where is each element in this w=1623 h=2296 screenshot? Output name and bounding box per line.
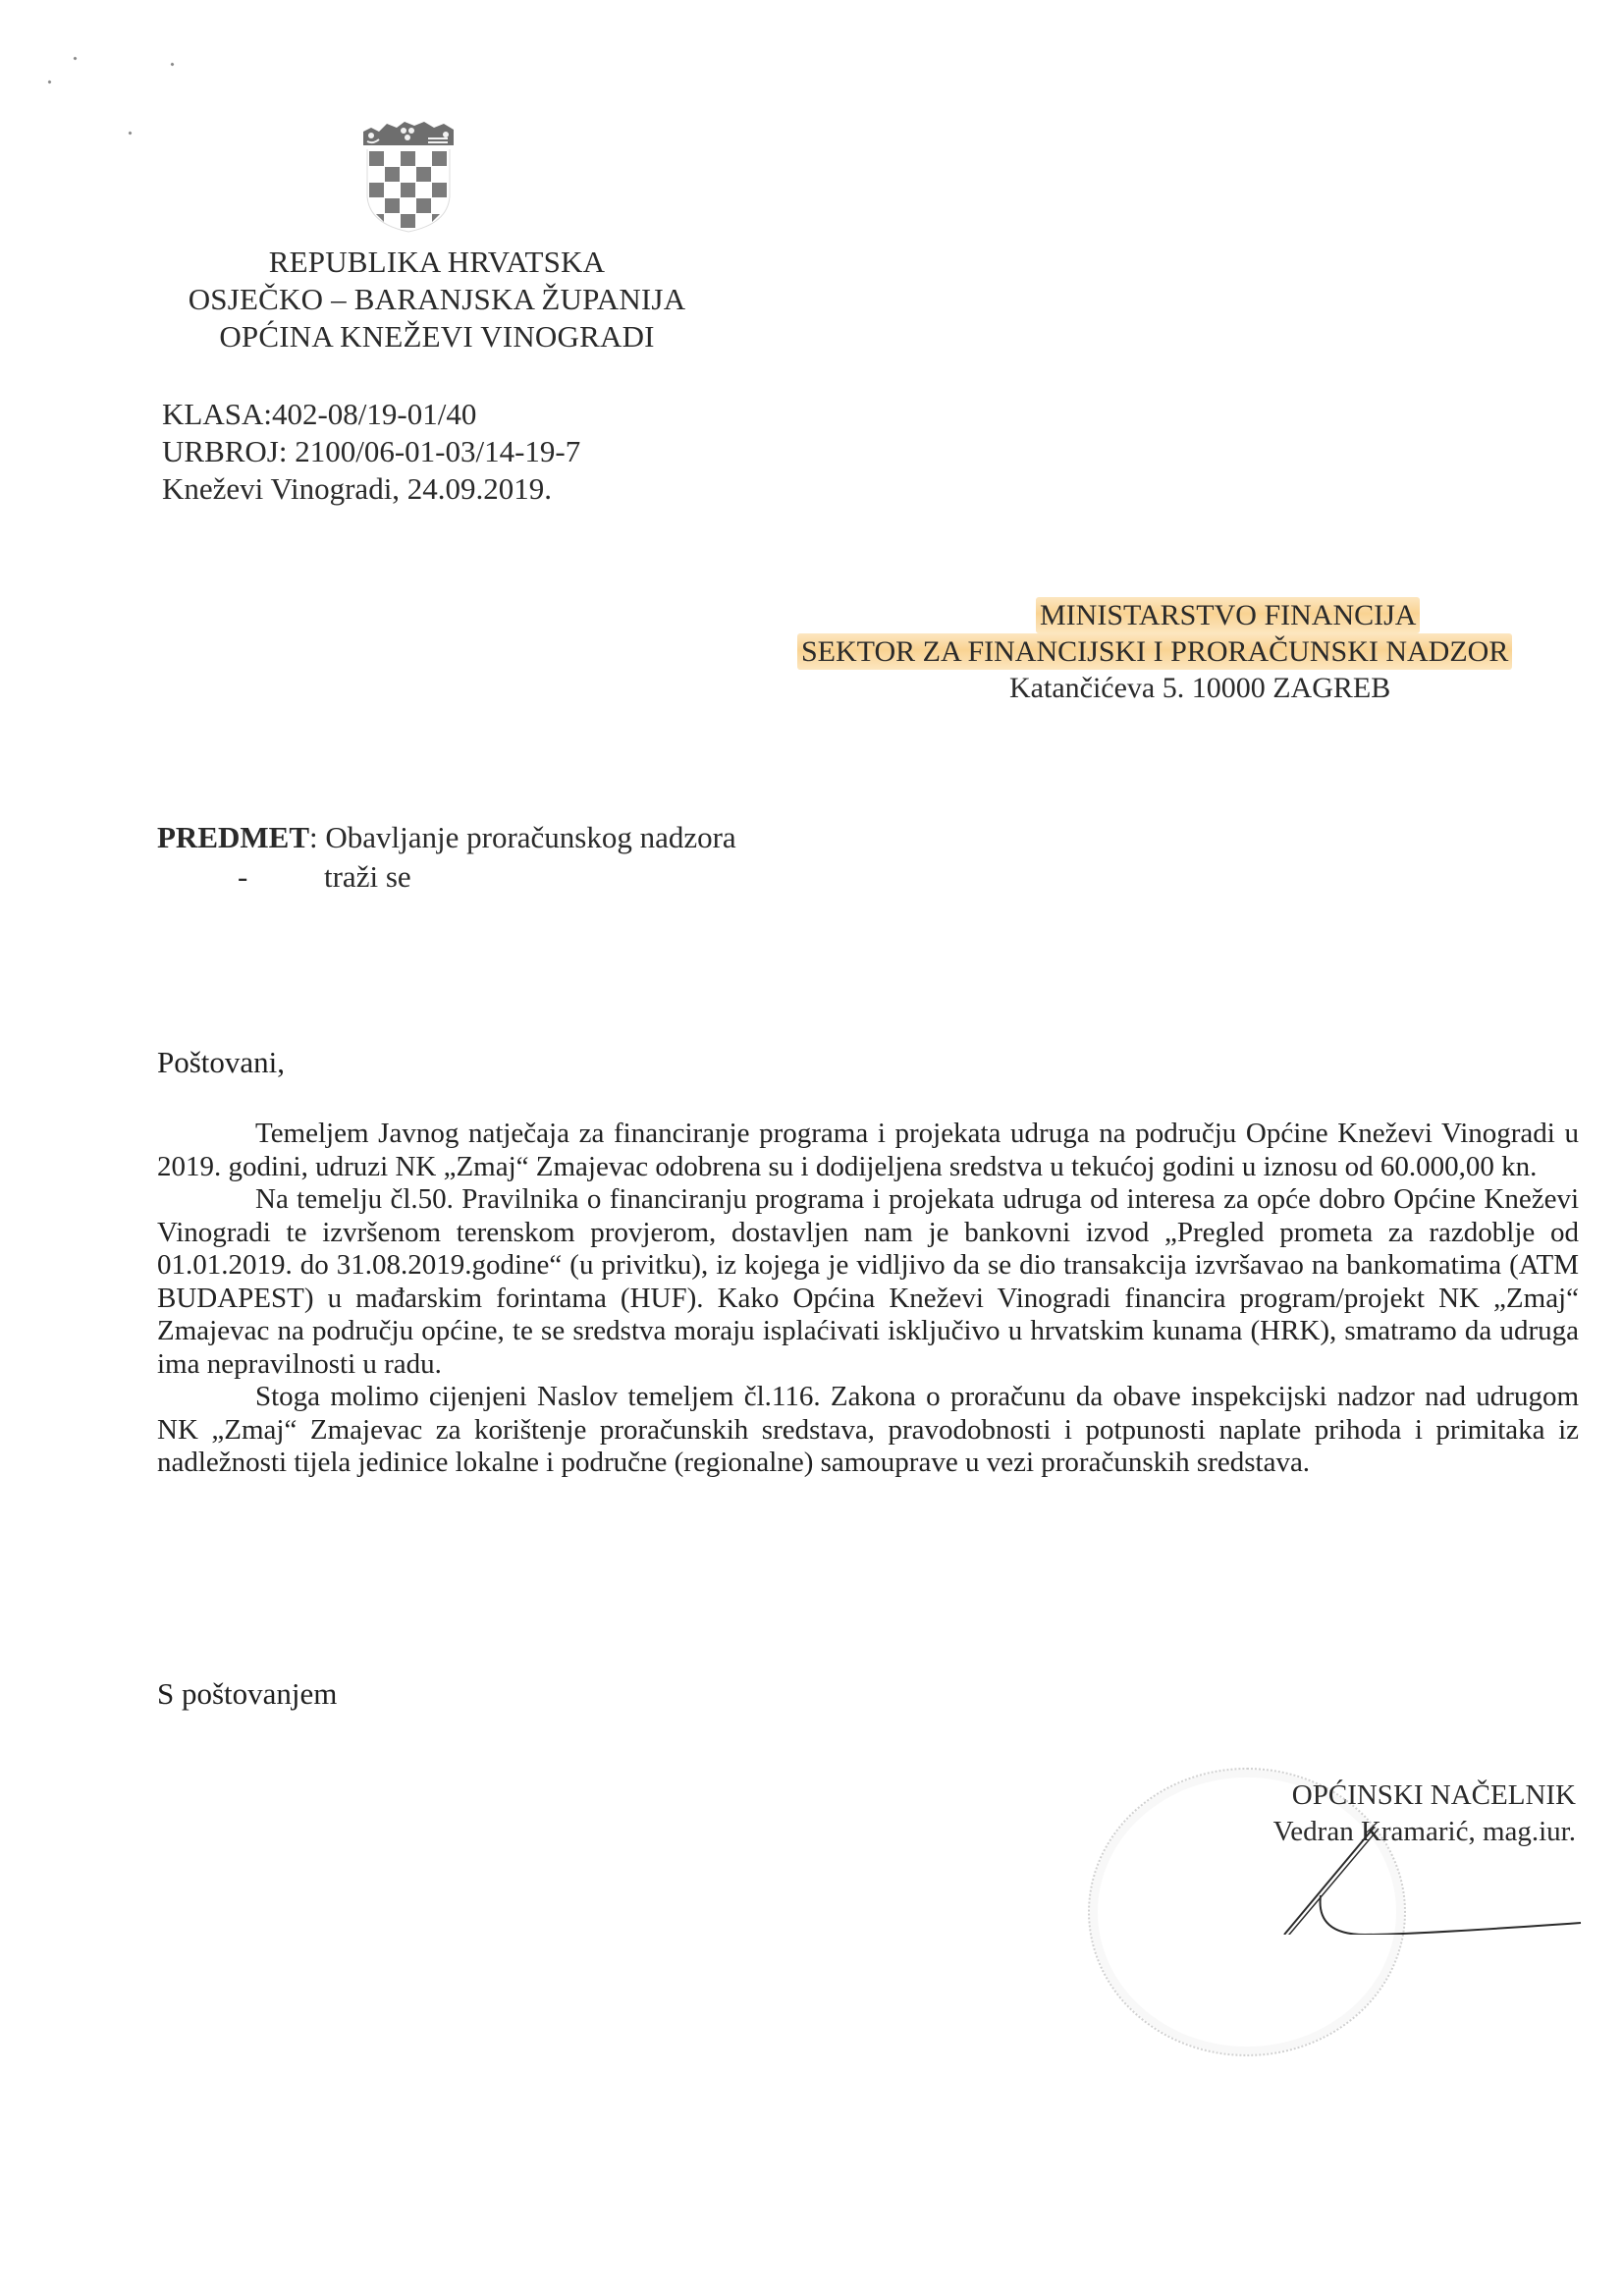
letterhead: REPUBLIKA HRVATSKA OSJEČKO – BARANJSKA Ž… [162,244,712,355]
municipality-name: OPĆINA KNEŽEVI VINOGRADI [162,318,712,355]
scan-speck [170,62,174,66]
recipient-address: Katančićeva 5. 10000 ZAGREB [1009,672,1390,704]
county-name: OSJEČKO – BARANJSKA ŽUPANIJA [162,281,712,318]
subject-text: : Obavljanje proračunskog nadzora [309,820,736,854]
signatory-title: OPĆINSKI NAČELNIK [1227,1777,1576,1814]
recipient-sector: SEKTOR ZA FINANCIJSKI I PRORAČUNSKI NADZ… [797,633,1512,670]
reference-block: KLASA:402-08/19-01/40 URBROJ: 2100/06-01… [162,396,580,508]
body-paragraph: Stoga molimo cijenjeni Naslov temeljem č… [157,1381,1579,1480]
recipient-block: MINISTARSTVO FINANCIJA SEKTOR ZA FINANCI… [785,597,1591,706]
salutation: Poštovani, [157,1044,285,1081]
croatian-coat-of-arms-icon [359,118,458,236]
place-and-date: Kneževi Vinogradi, 24.09.2019. [162,470,580,508]
subject-label: PREDMET [157,820,309,854]
closing-phrase: S poštovanjem [157,1675,337,1713]
country-name: REPUBLIKA HRVATSKA [162,244,712,281]
subject-subline: traži se [324,859,411,894]
scan-speck [128,131,132,135]
urbroj-number: URBROJ: 2100/06-01-03/14-19-7 [162,433,580,470]
scan-speck [47,80,51,83]
handwritten-signature [1276,1827,1591,1935]
letter-page: REPUBLIKA HRVATSKA OSJEČKO – BARANJSKA Ž… [0,0,1623,2296]
subject-block: PREDMET: Obavljanje proračunskog nadzora… [157,818,736,897]
body-paragraph: Temeljem Javnog natječaja za financiranj… [157,1118,1579,1183]
subject-dash: - [238,857,324,897]
letter-body: Temeljem Javnog natječaja za financiranj… [157,1118,1579,1480]
scan-speck [73,56,77,60]
recipient-ministry: MINISTARSTVO FINANCIJA [1036,597,1420,633]
klasa-number: KLASA:402-08/19-01/40 [162,396,580,433]
body-paragraph: Na temelju čl.50. Pravilnika o financira… [157,1183,1579,1381]
